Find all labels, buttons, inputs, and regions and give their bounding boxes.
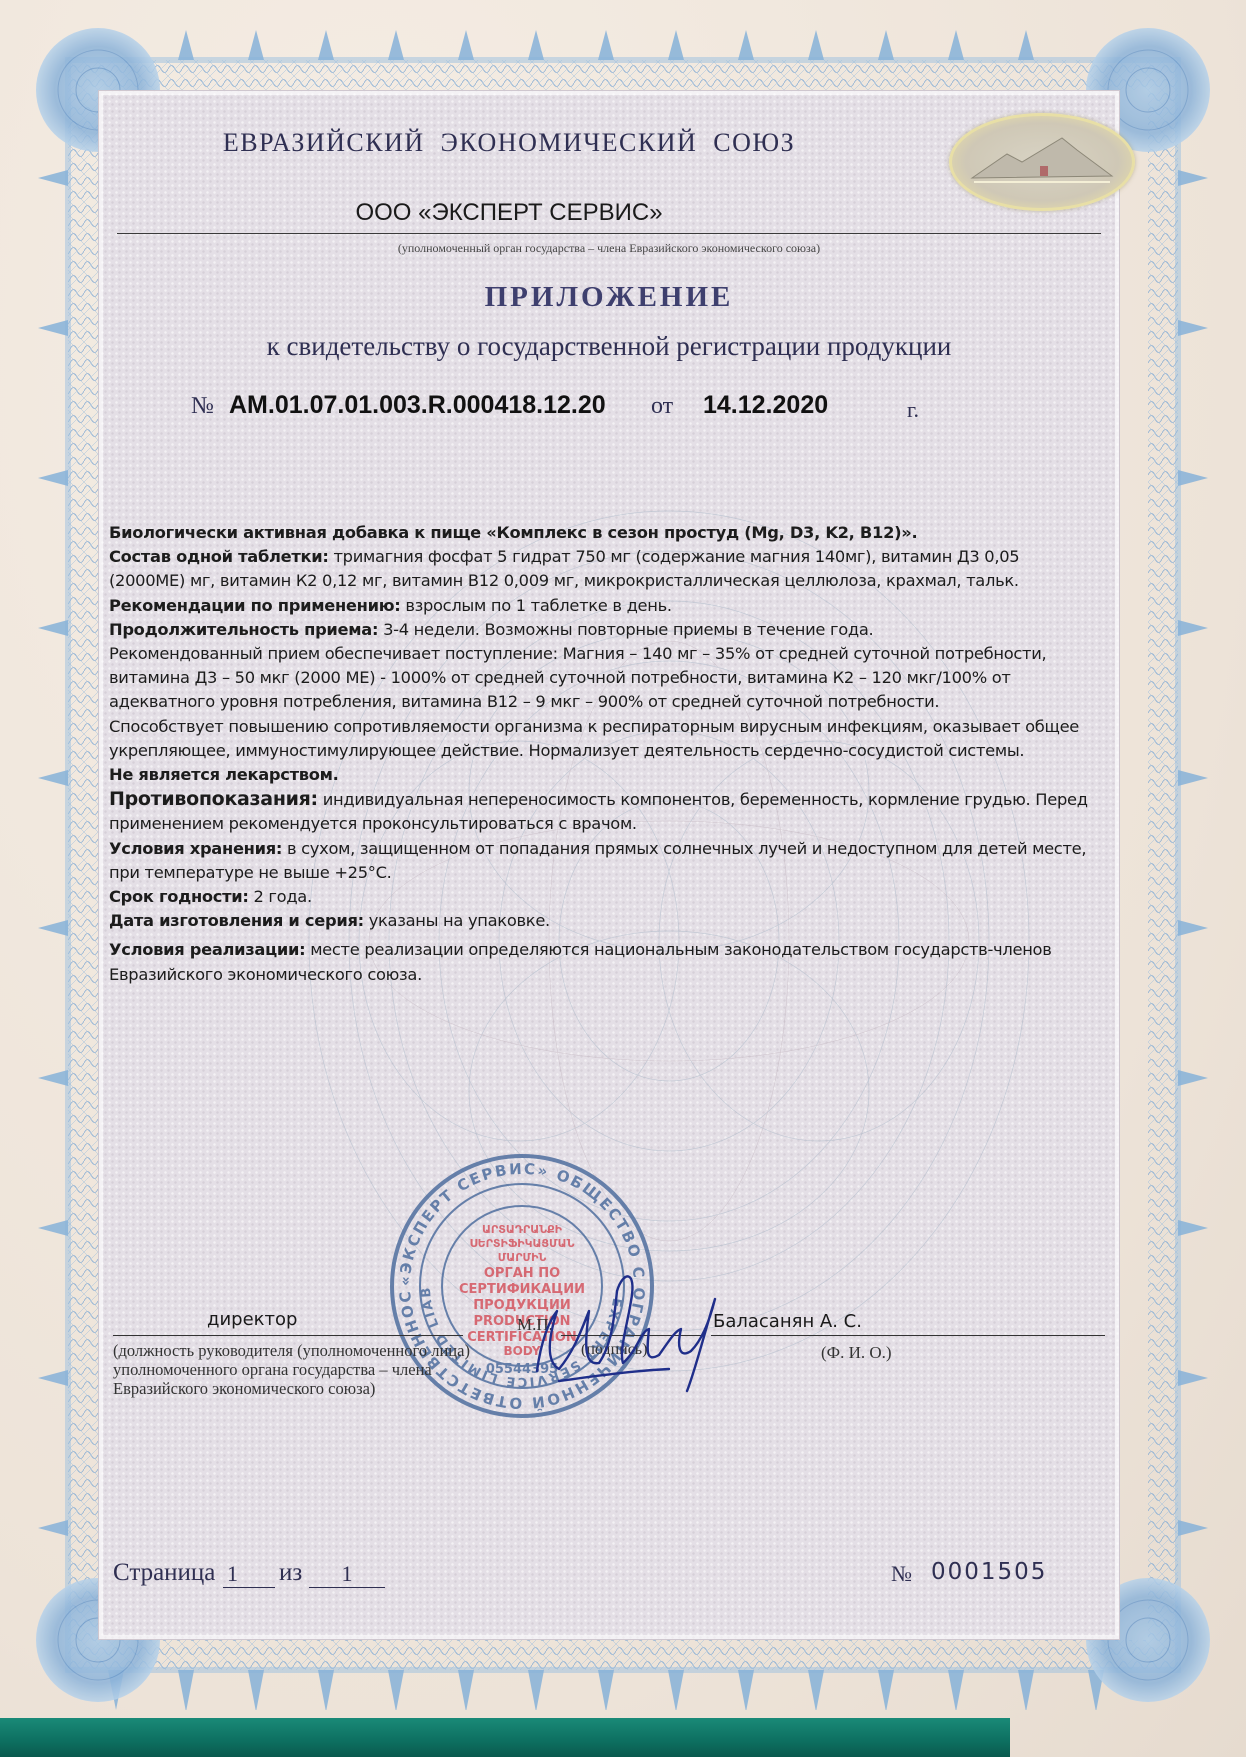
footer: Страница 1 из 1 № 0001505 [99, 1559, 1119, 1599]
sale-label: Условия реализации: [109, 940, 305, 959]
sale-conditions: Условия реализации: месте реализации опр… [109, 938, 1099, 986]
year-suffix: г. [907, 397, 919, 423]
manufacture: Дата изготовления и серия: указаны на уп… [109, 909, 1099, 933]
shelf-life-label: Срок годности: [109, 887, 249, 906]
registration-number: AM.01.07.01.003.R.000418.12.20 [229, 391, 606, 420]
handwritten-signature-icon [519, 1251, 729, 1401]
shelf-life-text: 2 года. [249, 887, 312, 906]
mountain-hologram-icon [949, 113, 1135, 211]
certificate-body: ЕВРАЗИЙСКИЙ ЭКОНОМИЧЕСКИЙ СОЮЗ ООО «ЭКСП… [98, 90, 1120, 1640]
duration-text: 3-4 недели. Возможны повторные приемы в … [378, 620, 873, 639]
serial-number-sign: № [891, 1561, 912, 1587]
usage-text: взрослым по 1 таблетке в день. [400, 596, 671, 615]
manufacture-text: указаны на упаковке. [364, 911, 550, 930]
document-heading: ПРИЛОЖЕНИЕ [99, 281, 1119, 314]
organization-caption: (уполномоченный орган государства – член… [99, 241, 1119, 256]
usage-label: Рекомендации по применению: [109, 596, 400, 615]
contraindications-label: Противопоказания: [109, 788, 318, 810]
contraindications: Противопоказания: индивидуальная неперен… [109, 787, 1099, 836]
page-total: 1 [309, 1561, 385, 1588]
signature-block: «ЭКСПЕРТ СЕРВИС» ОБЩЕСТВО С ОГРАНИЧЕННОЙ… [99, 1151, 1119, 1481]
effect: Способствует повышению сопротивляемости … [109, 715, 1099, 763]
signatory-name: Баласанян А. С. [713, 1311, 862, 1332]
duration: Продолжительность приема: 3-4 недели. Во… [109, 618, 1099, 642]
product-description: Биологически активная добавка к пище «Ко… [109, 521, 1099, 987]
position-caption: (должность руководителя (уполномоченного… [113, 1341, 473, 1398]
usage: Рекомендации по применению: взрослым по … [109, 594, 1099, 618]
serial-number: 0001505 [931, 1559, 1047, 1585]
registration-row: № AM.01.07.01.003.R.000418.12.20 от 14.1… [99, 391, 1119, 431]
document-subheading: к свидетельству о государственной регист… [99, 331, 1119, 362]
position-title: директор [207, 1309, 297, 1330]
divider [117, 233, 1101, 234]
intake: Рекомендованный прием обеспечивает посту… [109, 642, 1099, 715]
composition-label: Состав одной таблетки: [109, 547, 329, 566]
name-caption: (Ф. И. О.) [821, 1343, 892, 1363]
storage: Условия хранения: в сухом, защищенном от… [109, 837, 1099, 885]
shelf-life: Срок годности: 2 года. [109, 885, 1099, 909]
page-label: Страница [113, 1559, 215, 1587]
product-name: Биологически активная добавка к пище «Ко… [109, 521, 1099, 545]
svg-text:ՍԵՐՏԻՖԻԿԱՑՄԱՆ: ՍԵՐՏԻՖԻԿԱՑՄԱՆ [470, 1237, 575, 1250]
from-label: от [651, 393, 673, 420]
name-line [711, 1335, 1105, 1336]
not-medicine: Не является лекарством. [109, 763, 1099, 787]
manufacture-label: Дата изготовления и серия: [109, 911, 364, 930]
storage-label: Условия хранения: [109, 839, 282, 858]
registration-date: 14.12.2020 [703, 391, 828, 420]
page-of-label: из [279, 1559, 302, 1587]
page-current: 1 [223, 1561, 275, 1588]
union-title: ЕВРАЗИЙСКИЙ ЭКОНОМИЧЕСКИЙ СОЮЗ [99, 128, 919, 158]
composition: Состав одной таблетки: тримагния фосфат … [109, 545, 1099, 593]
green-folder-edge [0, 1718, 1010, 1757]
svg-text:ԱՐՏԱԴՐԱՆՔԻ: ԱՐՏԱԴՐԱՆՔԻ [482, 1223, 563, 1236]
duration-label: Продолжительность приема: [109, 620, 378, 639]
number-sign: № [191, 393, 214, 420]
position-line [113, 1335, 463, 1336]
organization-name: ООО «ЭКСПЕРТ СЕРВИС» [99, 199, 919, 227]
